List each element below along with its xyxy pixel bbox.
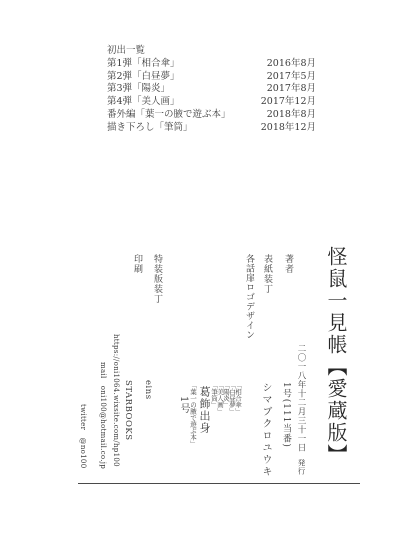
first-appearance-list: 初出一覧 第1弾「相合傘」 2016年8月 第2弾「白昼夢」 2017年5月 第… <box>107 45 316 135</box>
logo-design-credit: 葛飾出身 <box>196 386 212 434</box>
entry-date: 2016年8月 <box>267 58 316 71</box>
entry-date: 2018年8月 <box>267 109 316 122</box>
author-label: 著者 <box>282 254 295 274</box>
website-url: https://oni1064.wixsite.com/hp100 <box>112 334 120 467</box>
entry-label: 描き下ろし「筆筒」 <box>107 122 193 135</box>
entry-date: 2018年12月 <box>261 122 316 135</box>
list-item: 描き下ろし「筆筒」 2018年12月 <box>107 122 316 135</box>
cover-design-label: 表紙装丁 <box>261 254 274 294</box>
list-item: 第4弾「美人画」 2017年12月 <box>107 96 316 109</box>
cover-design-value: シマブクロユウキ <box>258 382 273 478</box>
bottom-rule <box>78 483 360 484</box>
issue-date: 二〇一八年十二月三十一日発行 <box>295 344 307 475</box>
logo-design-label: 各話扉ロゴデザイン <box>243 254 256 340</box>
printing-label: 印刷 <box>131 254 144 274</box>
entry-label: 第1弾「相合傘」 <box>107 58 180 71</box>
list-item: 番外編「葉一の腋で遊ぶ本」 2018年8月 <box>107 109 316 122</box>
entry-label: 第3弾「陽炎」 <box>107 83 170 96</box>
logo-design-extra-credit: 1号 <box>176 396 191 414</box>
colophon-page: 初出一覧 第1弾「相合傘」 2016年8月 第2弾「白昼夢」 2017年5月 第… <box>0 0 400 560</box>
special-edition-value: eins <box>143 380 153 400</box>
special-edition-label: 特装版装丁 <box>151 254 164 304</box>
logo-design-extra-title: 「葉一の腋で遊ぶ本」 <box>189 382 198 447</box>
list-item: 第3弾「陽炎」 2017年8月 <box>107 83 316 96</box>
entry-date: 2017年12月 <box>261 96 316 109</box>
list-item: 第2弾「白昼夢」 2017年5月 <box>107 71 316 84</box>
entry-date: 2017年8月 <box>267 83 316 96</box>
printing-value: STARBOOKS <box>123 380 133 441</box>
entry-label: 第4弾「美人画」 <box>107 96 180 109</box>
mail-address: mail oni100@hotmail.co.jp <box>98 362 108 469</box>
list-item: 第1弾「相合傘」 2016年8月 <box>107 58 316 71</box>
book-title: 怪鼠一見帳【愛蔵版】 <box>322 246 351 466</box>
issue-date-text: 二〇一八年十二月三十一日 <box>296 344 306 452</box>
entry-date: 2017年5月 <box>267 71 316 84</box>
entry-label: 番外編「葉一の腋で遊ぶ本」 <box>107 109 231 122</box>
author-value: 1号(111当番) <box>280 382 293 448</box>
twitter-handle: twitter @no100 <box>78 404 88 468</box>
issue-suffix: 発行 <box>296 459 307 475</box>
first-appearance-heading: 初出一覧 <box>107 45 316 58</box>
entry-label: 第2弾「白昼夢」 <box>107 71 180 84</box>
